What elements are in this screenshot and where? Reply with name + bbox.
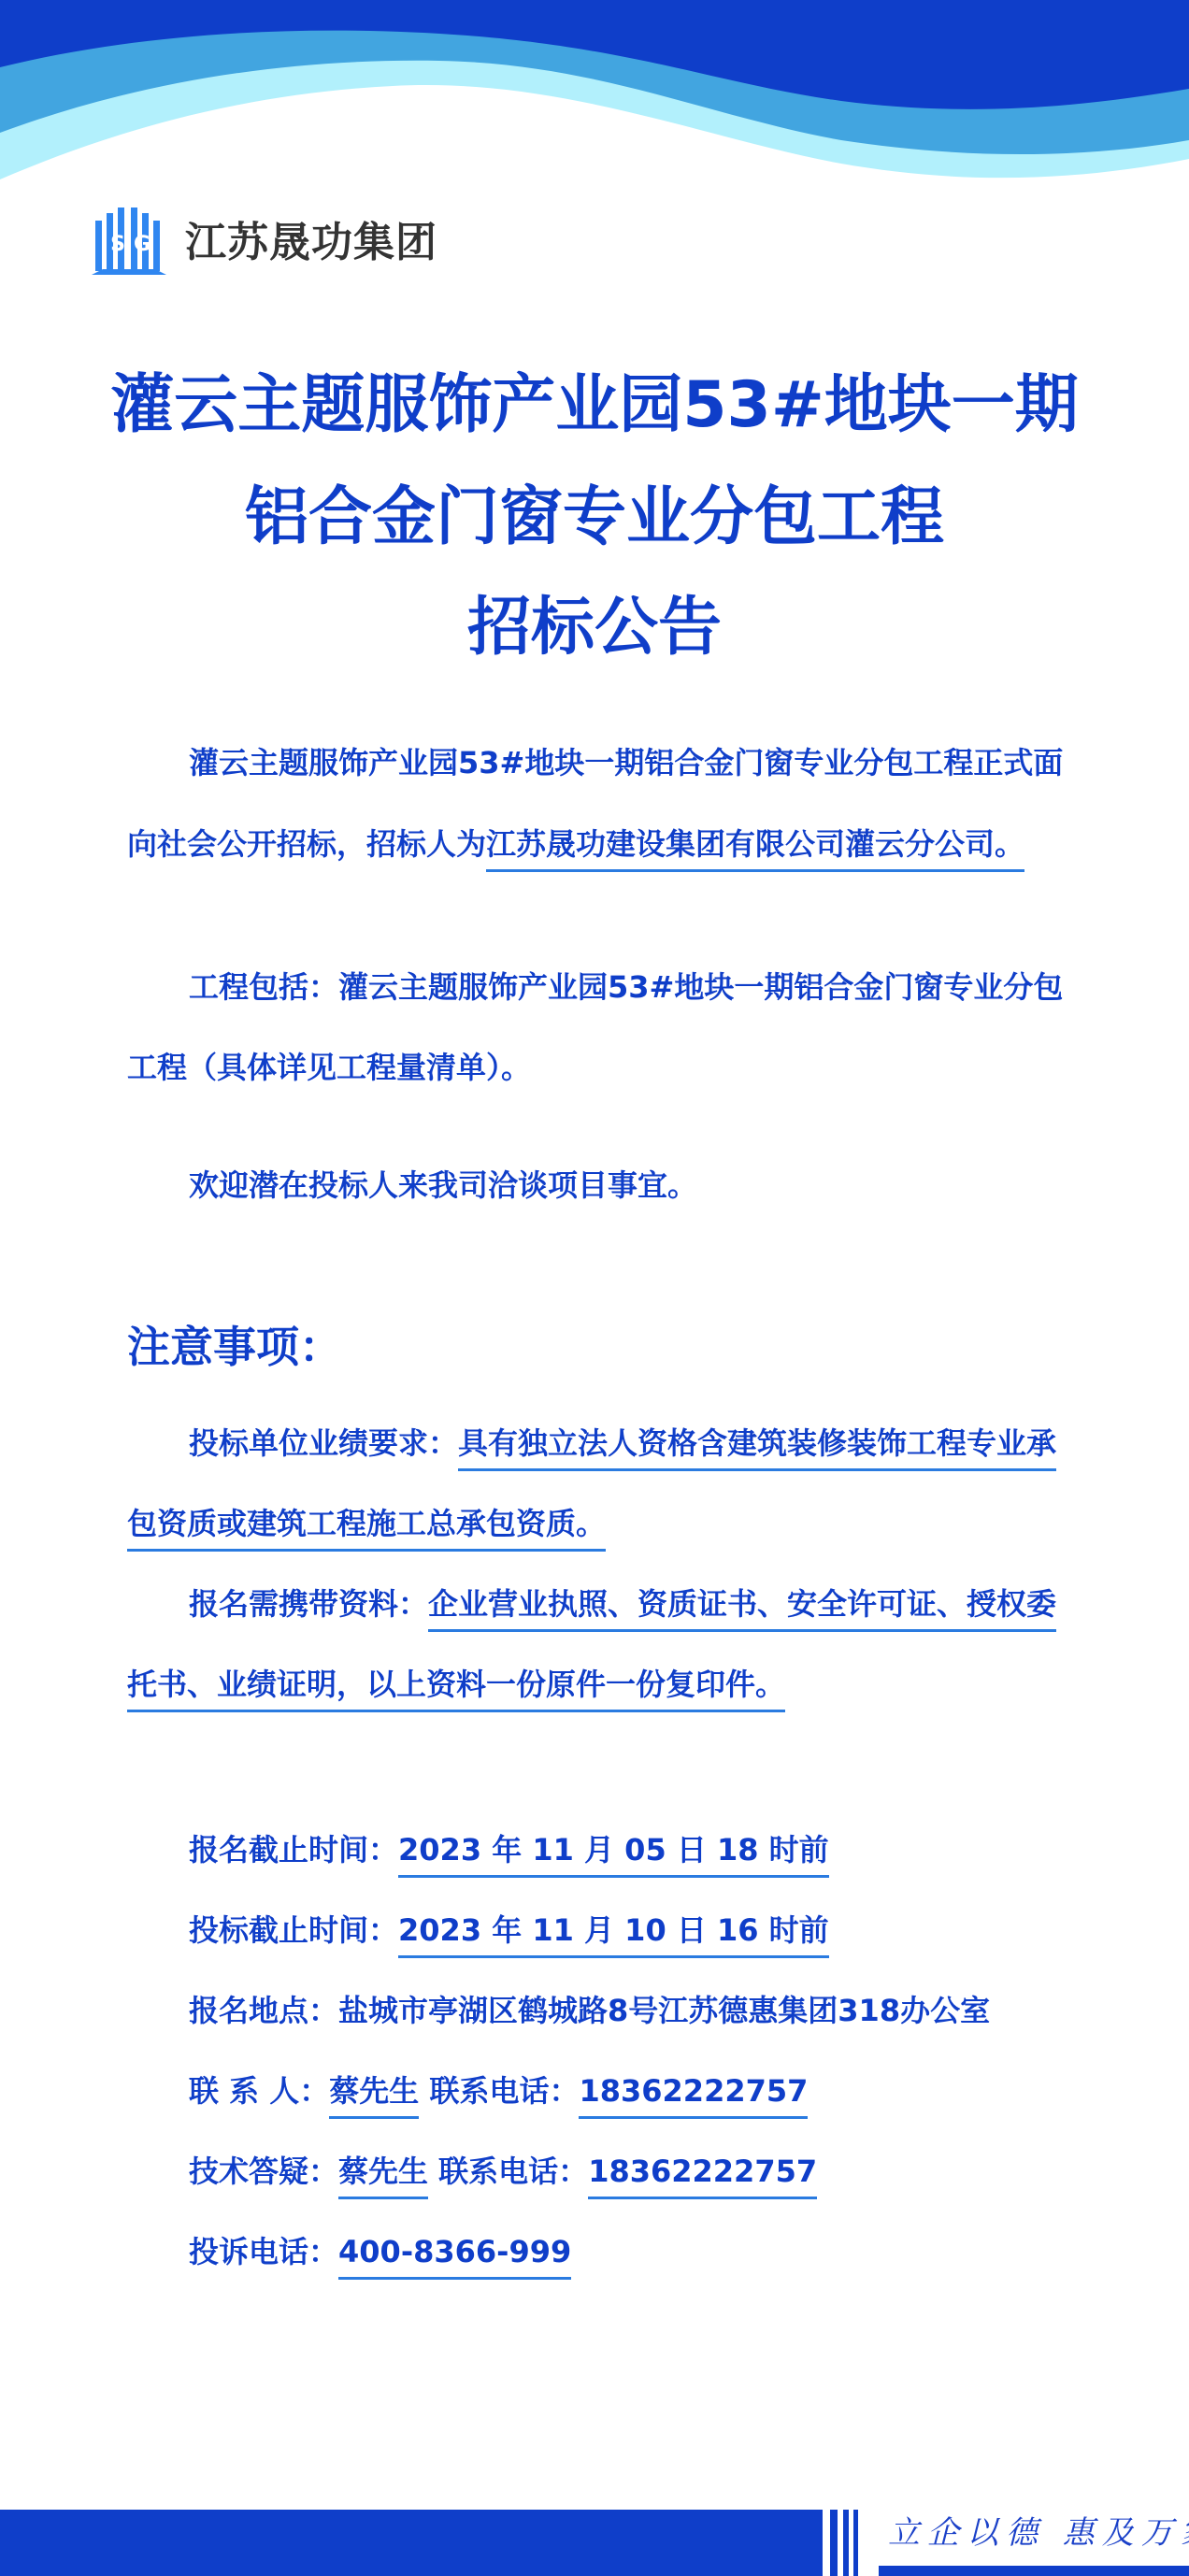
intro-paragraph-1-line-2: 向社会公开招标，招标人为江苏晟功建设集团有限公司灌云分公司。 xyxy=(127,829,1062,859)
requirement-text: 具有独立法人资格含建筑装修装饰工程专业承 xyxy=(458,1425,1056,1471)
contact-label: 联 系 人： xyxy=(189,2073,329,2109)
documents-text: 托书、业绩证明，以上资料一份原件一份复印件。 xyxy=(127,1667,785,1712)
svg-text:S: S xyxy=(110,233,125,256)
logo-mark-icon: S G xyxy=(90,208,168,279)
intro-paragraph-2-line-1: 工程包括：灌云主题服饰产业园53#地块一期铝合金门窗专业分包 xyxy=(127,972,1124,1002)
required-documents-line-1: 报名需携带资料：企业营业执照、资质证书、安全许可证、授权委 xyxy=(127,1589,1124,1619)
documents-text: 企业营业执照、资质证书、安全许可证、授权委 xyxy=(428,1586,1056,1632)
footer-bar xyxy=(0,2510,823,2576)
complaint-phone[interactable]: 400-8366-999 xyxy=(338,2234,571,2280)
technical-qa-row: 技术答疑：蔡先生 联系电话：18362222757 xyxy=(189,2156,817,2186)
company-name: 江苏晟功集团 xyxy=(185,222,437,264)
tech-phone-label: 联系电话： xyxy=(428,2154,588,2189)
intro-paragraph-1-line-1: 灌云主题服饰产业园53#地块一期铝合金门窗专业分包工程正式面 xyxy=(127,748,1124,778)
documents-label: 报名需携带资料： xyxy=(189,1586,428,1622)
requirement-label: 投标单位业绩要求： xyxy=(189,1425,458,1461)
title-line-1: 灌云主题服饰产业园53#地块一期 xyxy=(0,374,1189,437)
notes-heading: 注意事项： xyxy=(127,1325,342,1368)
registration-deadline-value: 2023 年 11 月 05 日 18 时前 xyxy=(398,1832,829,1878)
bid-deadline-label: 投标截止时间： xyxy=(189,1912,398,1948)
required-documents-line-2: 托书、业绩证明，以上资料一份原件一份复印件。 xyxy=(127,1669,1062,1699)
contact-phone[interactable]: 18362222757 xyxy=(579,2073,808,2119)
tech-contact-name: 蔡先生 xyxy=(338,2154,428,2199)
bid-deadline-value: 2023 年 11 月 10 日 16 时前 xyxy=(398,1912,829,1958)
requirement-text: 包资质或建筑工程施工总承包资质。 xyxy=(127,1506,606,1552)
tenderer-name: 江苏晟功建设集团有限公司灌云分公司。 xyxy=(486,826,1024,872)
registration-location-row: 报名地点：盐城市亭湖区鹤城路8号江苏德惠集团318办公室 xyxy=(189,1996,990,2025)
intro-paragraph-2-line-2: 工程（具体详见工程量清单）。 xyxy=(127,1052,1062,1082)
tech-phone[interactable]: 18362222757 xyxy=(588,2154,817,2199)
location-label: 报名地点： xyxy=(189,1993,338,2028)
registration-deadline-label: 报名截止时间： xyxy=(189,1832,398,1868)
bidder-requirement-line-1: 投标单位业绩要求：具有独立法人资格含建筑装修装饰工程专业承 xyxy=(127,1428,1124,1458)
footer-slogan: 立企以德 惠及万家 xyxy=(888,2517,1189,2549)
header-wave-decoration xyxy=(0,0,1189,187)
complaint-label: 投诉电话： xyxy=(189,2234,338,2269)
intro-paragraph-3: 欢迎潜在投标人来我司洽谈项目事宜。 xyxy=(127,1170,1124,1200)
svg-text:G: G xyxy=(134,233,150,256)
complaint-row: 投诉电话：400-8366-999 xyxy=(189,2237,571,2267)
location-value: 盐城市亭湖区鹤城路8号江苏德惠集团318办公室 xyxy=(338,1993,990,2028)
tech-label: 技术答疑： xyxy=(189,2154,338,2189)
contact-row: 联 系 人：蔡先生 联系电话：18362222757 xyxy=(189,2076,808,2106)
footer-stripes-decoration xyxy=(823,2510,879,2576)
contact-phone-label: 联系电话： xyxy=(419,2073,579,2109)
contact-name: 蔡先生 xyxy=(329,2073,419,2119)
footer-base-line xyxy=(879,2566,1189,2576)
title-line-2: 铝合金门窗专业分包工程 xyxy=(0,486,1189,550)
intro-text: 向社会公开招标，招标人为 xyxy=(127,826,486,862)
title-line-3: 招标公告 xyxy=(0,596,1189,660)
company-logo: S G 江苏晟功集团 xyxy=(90,208,437,279)
registration-deadline-row: 报名截止时间：2023 年 11 月 05 日 18 时前 xyxy=(189,1835,829,1865)
bidder-requirement-line-2: 包资质或建筑工程施工总承包资质。 xyxy=(127,1509,1062,1538)
bid-deadline-row: 投标截止时间：2023 年 11 月 10 日 16 时前 xyxy=(189,1915,829,1945)
